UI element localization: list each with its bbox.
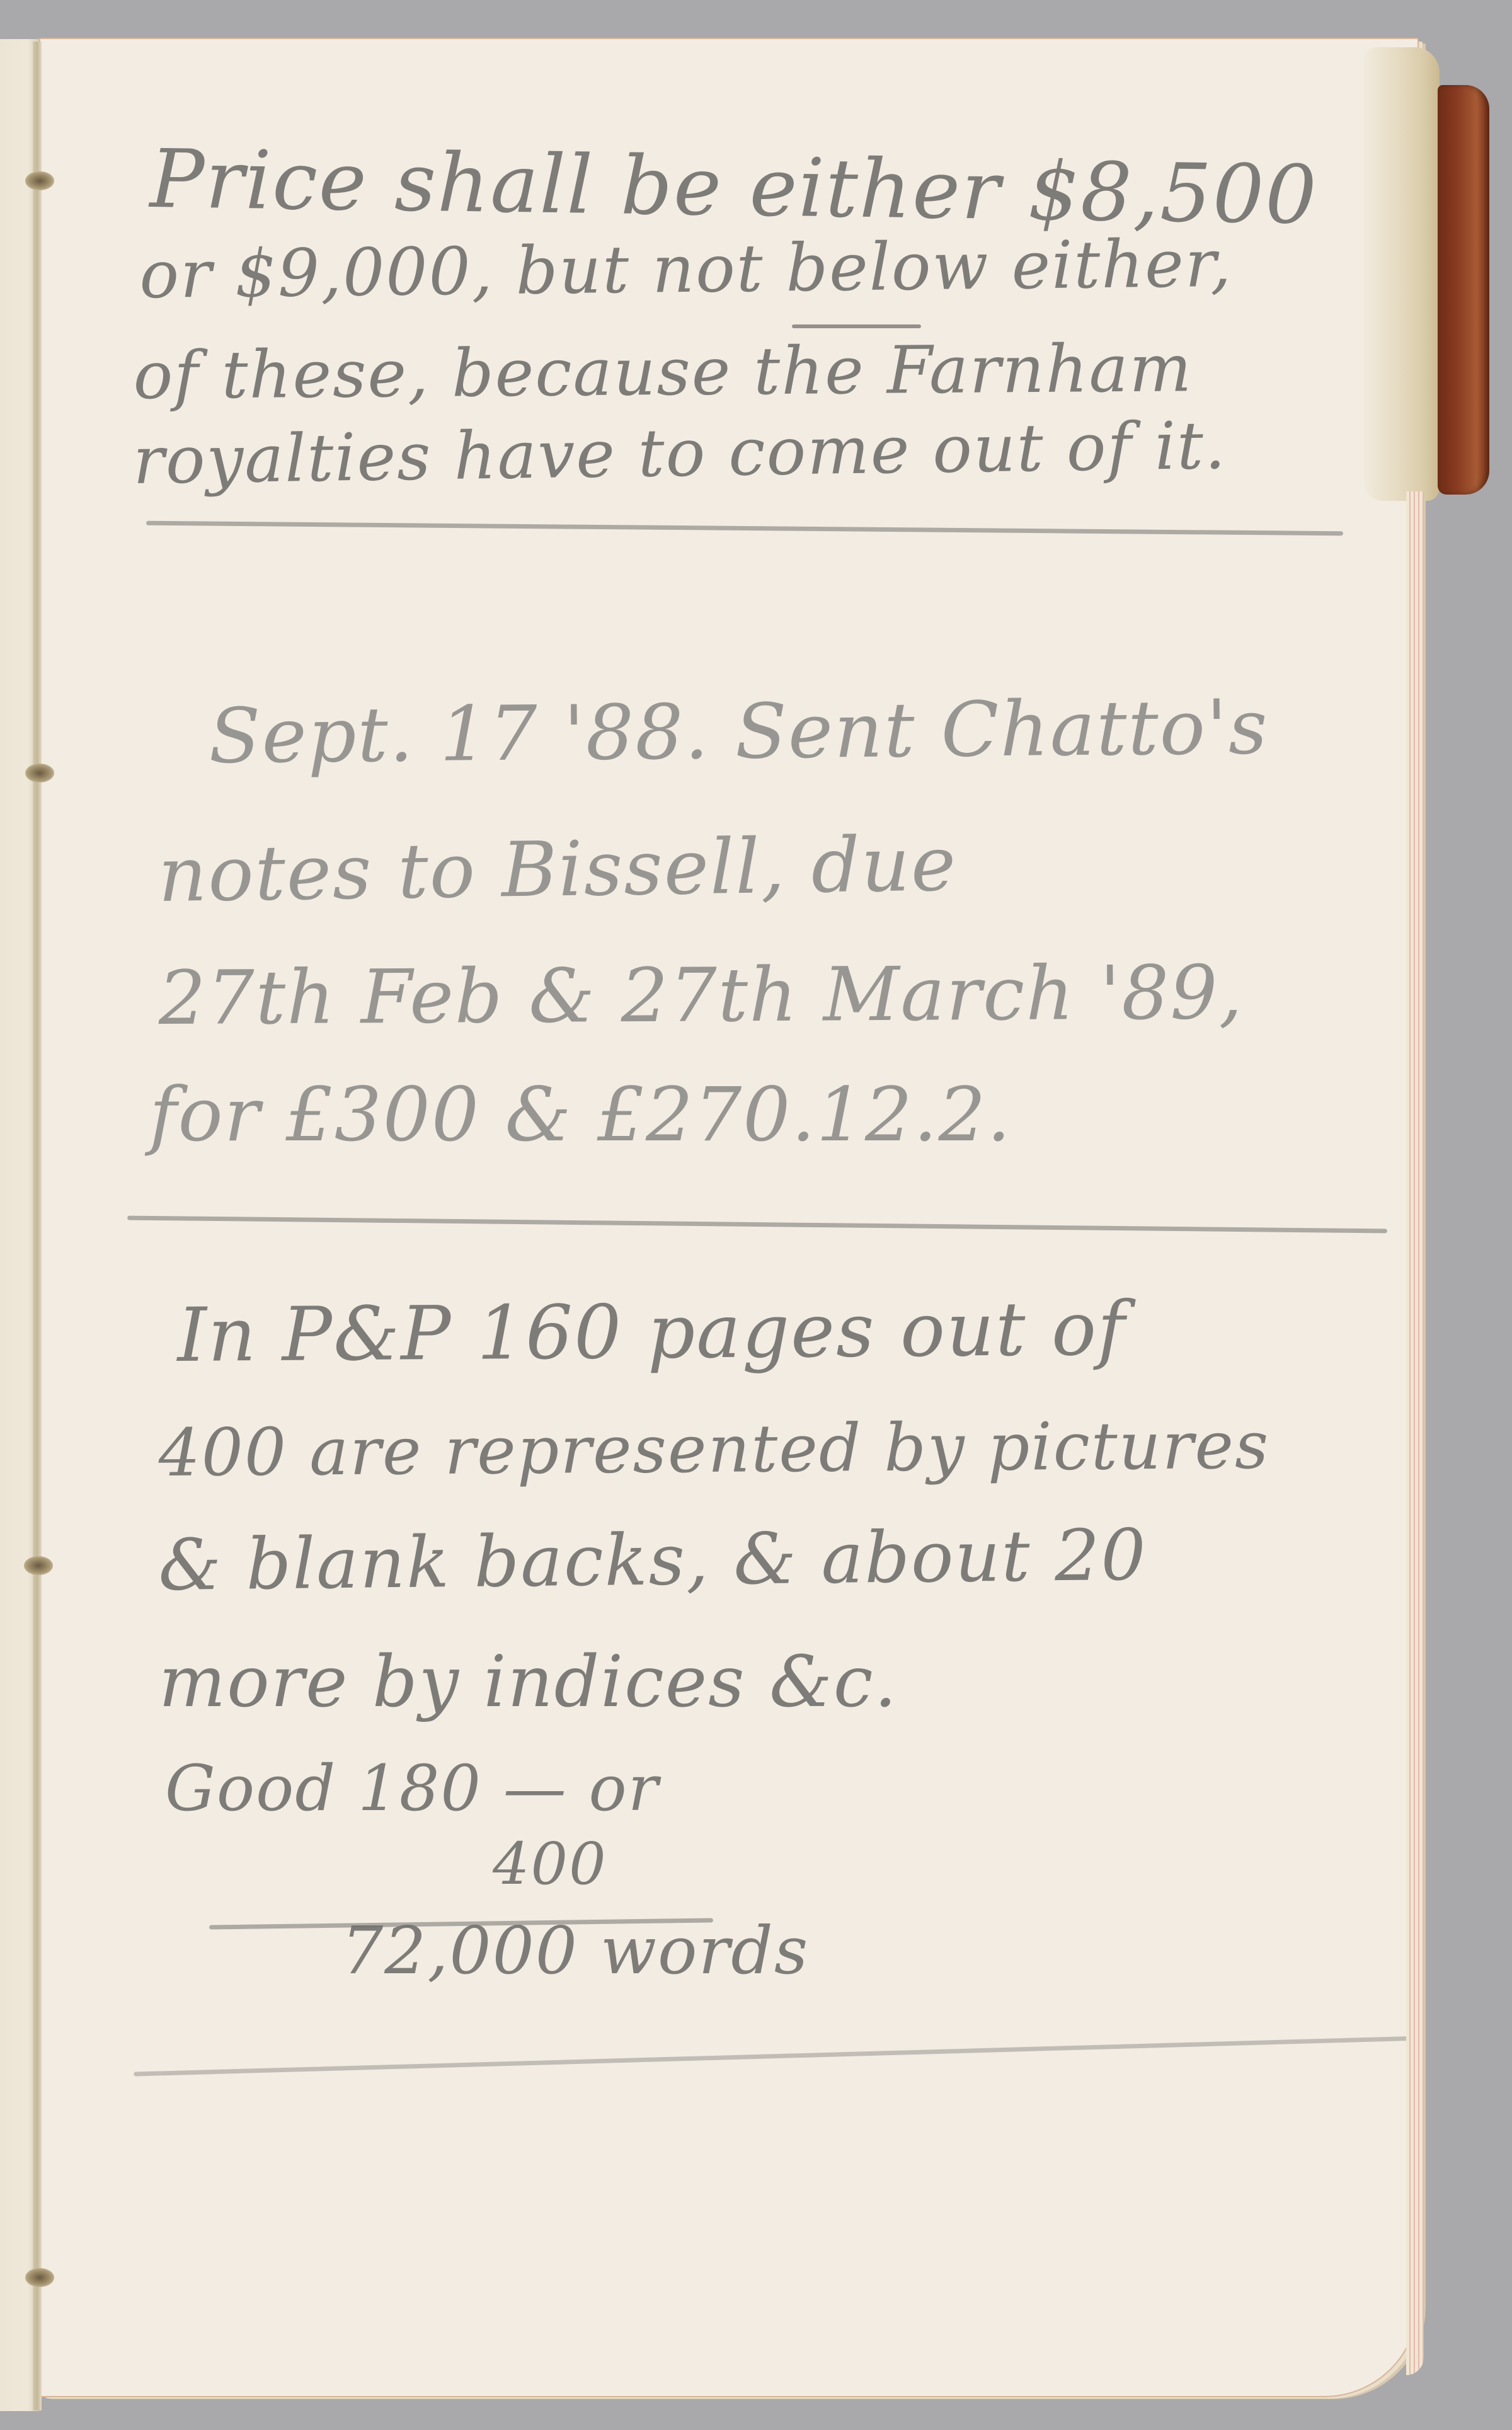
binding-gutter: [33, 42, 42, 2410]
entry2-line2: notes to Bissell, due: [157, 820, 958, 919]
calc-divisor: 400: [493, 1830, 607, 1898]
thread-hole: [24, 1556, 53, 1575]
divider-rule-1: [146, 521, 1343, 536]
divider-rule-3: [134, 2036, 1419, 2076]
entry2-line4: for £300 & £270.12.2.: [149, 1071, 1012, 1158]
thread-hole: [25, 2268, 54, 2287]
entry1-line4: royalties have to come out of it.: [132, 407, 1227, 499]
torn-page-edge: [1364, 47, 1440, 501]
thread-hole: [25, 764, 54, 782]
entry3-line1: In P&P 160 pages out of: [177, 1285, 1126, 1378]
entry1-line2: or $9,000, but not below either,: [139, 225, 1233, 313]
entry3-line3: & blank backs, & about 20: [158, 1515, 1148, 1607]
leather-spine: [1438, 85, 1489, 495]
entry3-line4: more by indices &c.: [159, 1641, 898, 1723]
page-edge-stack: [1406, 491, 1424, 2375]
entry1-line3: of these, because the Farnham: [133, 330, 1193, 414]
entry3-line5: Good 180 — or: [165, 1751, 660, 1825]
entry2-line1: Sept. 17 '88. Sent Chatto's: [209, 684, 1269, 781]
entry3-line2: 400 are represented by pictures: [158, 1407, 1270, 1491]
calc-result: 72,000 words: [341, 1912, 809, 1989]
underline-below: [792, 324, 921, 328]
divider-rule-2: [127, 1216, 1387, 1234]
notebook-page: Price shall be either $8,500 or $9,000, …: [39, 38, 1419, 2397]
thread-hole: [25, 171, 54, 190]
entry2-line3: 27th Feb & 27th March '89,: [158, 949, 1244, 1041]
